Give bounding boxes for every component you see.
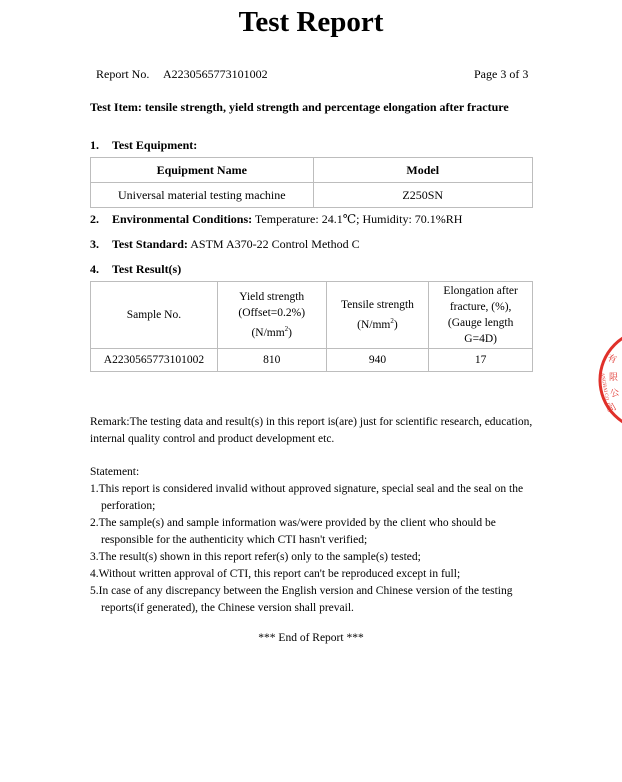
svg-text:限: 限: [609, 372, 618, 382]
section-label: Test Equipment:: [112, 138, 197, 152]
report-no-label: Report No.: [96, 67, 149, 81]
statement-item: 2.The sample(s) and sample information w…: [90, 515, 540, 549]
environment-value: Temperature: 24.1℃; Humidity: 70.1%RH: [252, 212, 462, 226]
statement-item: 4.Without written approval of CTI, this …: [90, 566, 540, 583]
statement-item: 5.In case of any discrepancy between the…: [90, 583, 540, 617]
equipment-model: Z250SN: [313, 183, 532, 208]
svg-text:公: 公: [609, 387, 620, 399]
tensile-value: 940: [326, 349, 429, 372]
statement-item: 1.This report is considered invalid with…: [90, 481, 540, 515]
section-results: 4.Test Result(s): [90, 262, 181, 276]
statement-item: 3.The result(s) shown in this report ref…: [90, 549, 540, 566]
test-item: Test Item: tensile strength, yield stren…: [90, 100, 509, 115]
column-header-tensile: Tensile strength (N/mm2): [326, 282, 429, 349]
column-header: Model: [313, 158, 532, 183]
statement-title: Statement:: [90, 464, 540, 481]
table-header-row: Sample No. Yield strength (Offset=0.2%) …: [91, 282, 533, 349]
column-header-sample: Sample No.: [91, 282, 218, 349]
standard-value: ASTM A370-22 Control Method C: [188, 237, 360, 251]
report-no: A2230565773101002: [163, 67, 268, 81]
section-environment: 2.Environmental Conditions: Temperature:…: [90, 212, 462, 226]
yield-value: 810: [217, 349, 326, 372]
end-of-report: *** End of Report ***: [0, 632, 622, 644]
page-title: Test Report: [0, 2, 622, 42]
sample-no: A2230565773101002: [91, 349, 218, 372]
column-header-yield: Yield strength (Offset=0.2%) (N/mm2): [217, 282, 326, 349]
equipment-table: Equipment Name Model Universal material …: [90, 157, 533, 208]
section-standard: 3.Test Standard: ASTM A370-22 Control Me…: [90, 237, 360, 251]
column-header: Equipment Name: [91, 158, 314, 183]
equipment-name: Universal material testing machine: [91, 183, 314, 208]
table-row: A2230565773101002 810 940 17: [91, 349, 533, 372]
column-header-elongation: Elongation after fracture, (%), (Gauge l…: [429, 282, 533, 349]
company-seal-icon: 有 限 公 司 ANGHAI CO.,LTD: [595, 325, 622, 435]
statement: Statement: 1.This report is considered i…: [90, 464, 540, 617]
results-table: Sample No. Yield strength (Offset=0.2%) …: [90, 281, 533, 372]
remark: Remark:The testing data and result(s) in…: [90, 414, 540, 448]
elongation-value: 17: [429, 349, 533, 372]
table-row: Universal material testing machine Z250S…: [91, 183, 533, 208]
table-header-row: Equipment Name Model: [91, 158, 533, 183]
page-indicator: Page 3 of 3: [474, 67, 528, 81]
section-equipment: 1.Test Equipment:: [90, 138, 197, 152]
